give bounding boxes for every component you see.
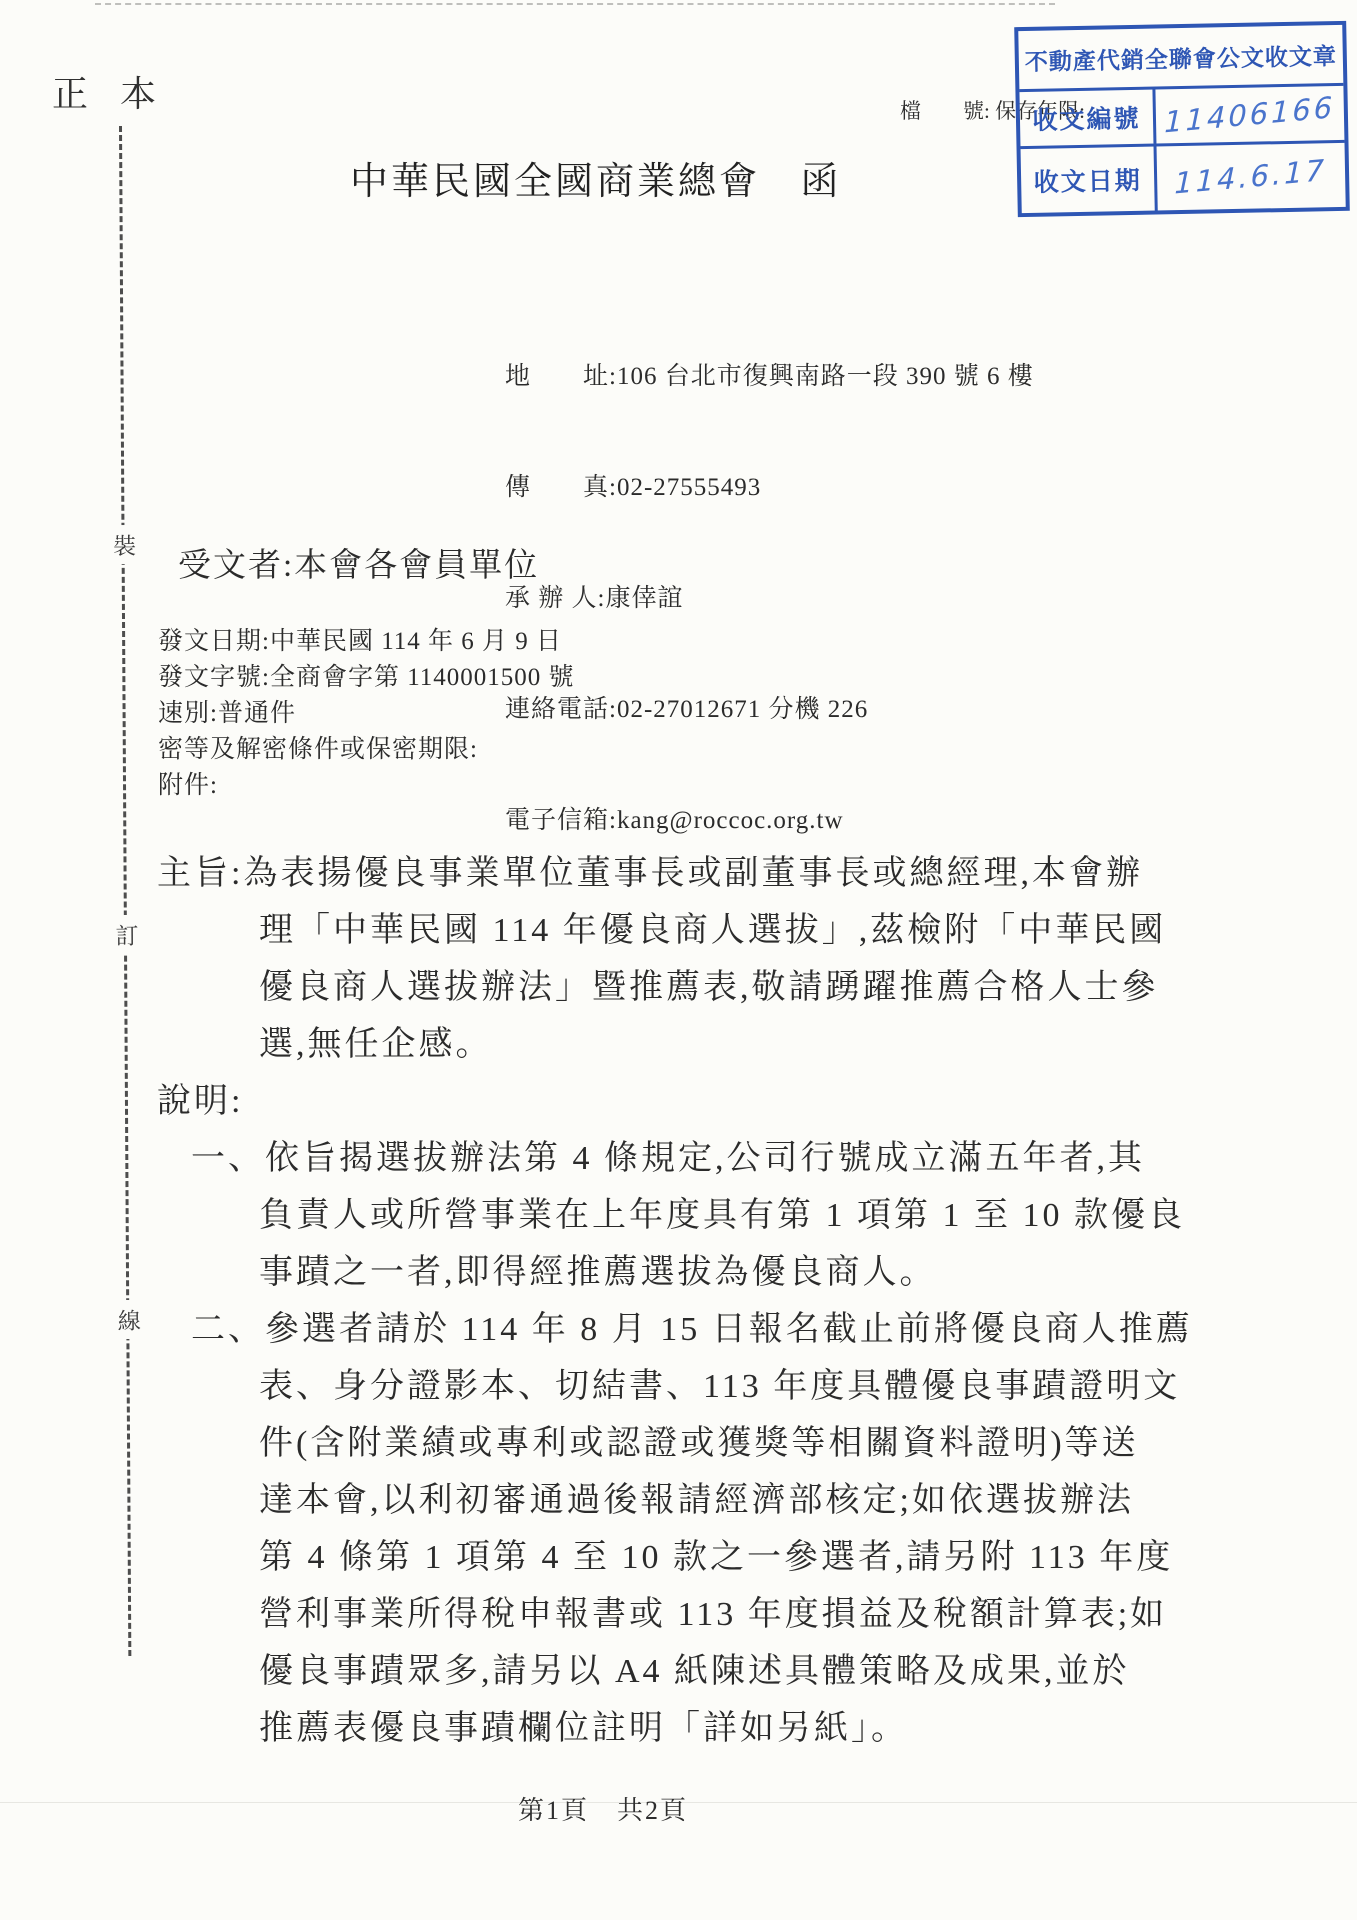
explanation-heading: 說明: — [157, 1073, 1227, 1130]
contact-fax-line: 傳 真:02-27555493 — [505, 469, 1034, 506]
attachment-line: 附件: — [158, 768, 575, 804]
file-number-label: 檔 號: — [900, 98, 990, 125]
priority-line: 速別:普通件 — [158, 696, 575, 732]
receipt-date-handwritten: 114.6.17 — [1175, 153, 1328, 201]
scan-artifact-line — [95, 3, 1055, 5]
contact-person-line: 承 辦 人:康倖誼 — [505, 580, 1034, 617]
explanation-item2-line: 第 4 條第 1 項第 4 至 10 款之一參選者,請另附 113 年度 — [157, 1529, 1227, 1586]
explanation-item2-line: 推薦表優良事蹟欄位註明「詳如另紙」。 — [157, 1700, 1227, 1757]
contact-email-line: 電子信箱:kang@roccoc.org.tw — [505, 802, 1034, 839]
receipt-number-cell: 11406166 — [1155, 86, 1344, 144]
dispatch-date-line: 發文日期:中華民國 114 年 6 月 9 日 — [158, 624, 575, 660]
document-type-glyph: 函 — [801, 161, 842, 203]
dispatch-meta-block: 發文日期:中華民國 114 年 6 月 9 日 發文字號:全商會字第 11400… — [158, 624, 575, 804]
binding-mark-xian: 線 — [115, 1300, 143, 1339]
contact-address-line: 地 址:106 台北市復興南路一段 390 號 6 樓 — [505, 358, 1034, 395]
explanation-item1-line: 一、依旨揭選拔辦法第 4 條規定,公司行號成立滿五年者,其 — [157, 1130, 1227, 1187]
receipt-stamp-title: 不動產代銷全聯會公文收文章 — [1018, 25, 1343, 92]
subject-line: 優良商人選拔辦法」暨推薦表,敬請踴躍推薦合格人士參 — [157, 959, 1227, 1016]
explanation-item2-line: 件(含附業績或專利或認證或獲獎等相關資料證明)等送 — [157, 1415, 1227, 1472]
receipt-number-row: 收文編號 11406166 — [1019, 86, 1344, 146]
explanation-item1-line: 負責人或所營事業在上年度具有第 1 項第 1 至 10 款優良 — [157, 1187, 1227, 1244]
contact-info-block: 地 址:106 台北市復興南路一段 390 號 6 樓 傳 真:02-27555… — [505, 284, 1034, 913]
classification-line: 密等及解密條件或保密期限: — [158, 732, 575, 768]
explanation-item2-line: 營利事業所得稅申報書或 113 年度損益及稅額計算表;如 — [157, 1586, 1227, 1643]
subject-line: 選,無任企感。 — [157, 1016, 1227, 1073]
explanation-item2-line: 達本會,以利初審通過後報請經濟部核定;如依選拔辦法 — [157, 1472, 1227, 1529]
binding-mark-ding: 訂 — [113, 915, 141, 954]
receipt-stamp: 不動產代銷全聯會公文收文章 收文編號 11406166 收文日期 114.6.1… — [1014, 21, 1350, 217]
document-title: 中華民國全國商業總會 函 — [350, 150, 842, 205]
receipt-number-label: 收文編號 — [1019, 90, 1156, 147]
recipient-line: 受文者:本會各會員單位 — [178, 539, 539, 586]
receipt-date-cell: 114.6.17 — [1157, 143, 1346, 211]
receipt-date-row: 收文日期 114.6.17 — [1020, 140, 1345, 213]
official-letter-page: 正本 檔 號: 保存年限: 不動產代銷全聯會公文收文章 收文編號 1140616… — [0, 0, 1357, 1920]
explanation-item2-line: 表、身分證影本、切結書、113 年度具體優良事蹟證明文 — [157, 1358, 1227, 1415]
copy-type-label: 正本 — [52, 66, 188, 117]
explanation-item2-line: 優良事蹟眾多,請另以 A4 紙陳述具體策略及成果,並於 — [157, 1643, 1227, 1700]
explanation-item2-line: 二、參選者請於 114 年 8 月 15 日報名截止前將優良商人推薦 — [157, 1301, 1227, 1358]
page-number-footer: 第1頁 共2頁 — [518, 1790, 688, 1827]
receipt-number-handwritten: 11406166 — [1164, 90, 1335, 139]
subject-line: 主旨:為表揚優良事業單位董事長或副董事長或總經理,本會辦 — [157, 845, 1227, 902]
subject-line: 理「中華民國 114 年優良商人選拔」,茲檢附「中華民國 — [157, 902, 1227, 959]
contact-phone-line: 連絡電話:02-27012671 分機 226 — [505, 691, 1034, 728]
receipt-date-label: 收文日期 — [1021, 146, 1158, 213]
document-body: 主旨:為表揚優良事業單位董事長或副董事長或總經理,本會辦 理「中華民國 114 … — [157, 845, 1227, 1757]
issuing-org-name: 中華民國全國商業總會 — [350, 161, 760, 203]
binding-mark-zhuang: 裝 — [110, 525, 138, 564]
dispatch-number-line: 發文字號:全商會字第 1140001500 號 — [158, 660, 575, 696]
binding-dashed-line: 裝 訂 線 — [119, 126, 131, 1656]
explanation-item1-line: 事蹟之一者,即得經推薦選拔為優良商人。 — [157, 1244, 1227, 1301]
